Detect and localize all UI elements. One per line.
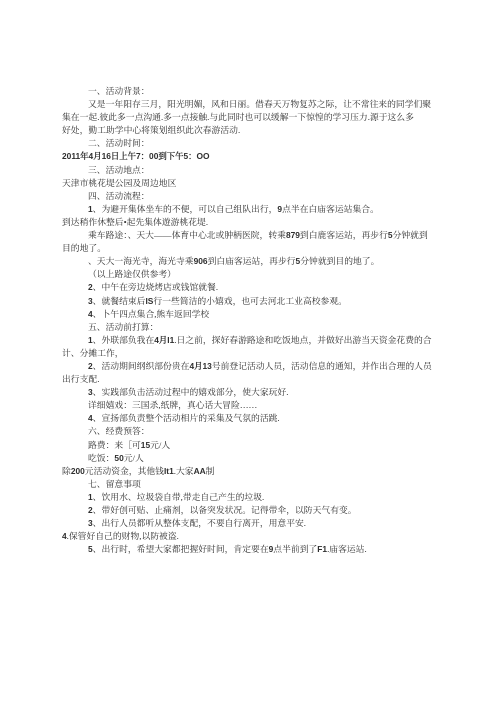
doc-line: 吃饭：50元/人 <box>62 452 442 465</box>
doc-text: 又是一年阳存三月，阳光明媚，风和日丽。借春天万物复苏之际，让不常往来的同学们聚 <box>88 99 431 109</box>
doc-text-bold: It1 <box>164 466 174 476</box>
doc-line: 2、活动期间纲织部份贵在4月13号前登记活动人员，活动信息的通知，并作出合理的人… <box>62 360 442 373</box>
document-page: 一、活动背景：又是一年阳存三月，阳光明媚，风和日丽。借春天万物复苏之际，让不常往… <box>0 0 500 707</box>
doc-text: 除 <box>62 466 71 476</box>
doc-text-bold: 15 <box>141 440 150 450</box>
doc-text: 分钟就到 <box>393 230 428 240</box>
doc-line: 、天大一海光寺，海光寺乘906到白庙客运站，再步行5分钟就到目的地了。 <box>62 255 442 268</box>
doc-text-bold: 200 <box>71 466 85 476</box>
doc-line: 计、分摊工作， <box>62 347 442 360</box>
doc-text: 目的地了。 <box>62 243 106 253</box>
doc-line: 出行支配. <box>62 373 442 386</box>
doc-text: 计、分摊工作， <box>62 348 124 358</box>
doc-text: 行一些简洁的小嬉戏，也可去河北工业高校参观。 <box>153 296 347 306</box>
doc-text: 号前登记活动人员，活动信息的通知，并作出合理的人员 <box>212 361 432 371</box>
doc-text-bold: AA <box>194 466 206 476</box>
doc-text: （以上路途仅供参考） <box>88 269 176 279</box>
doc-line: 4、卜午四点集合,熊车返回学校 <box>62 308 442 321</box>
doc-text: 、天大一海光寺，海光寺乘 <box>88 256 194 266</box>
doc-text: 元/人 <box>150 440 170 450</box>
doc-text: 出行支配. <box>62 374 99 384</box>
doc-line: 目的地了。 <box>62 242 442 255</box>
doc-line: 1、为避开集体坐车的不便，可以自己组队出行，9点半在白庙客运站集合。 <box>62 203 442 216</box>
doc-line: 四、活动流程： <box>62 190 442 203</box>
doc-line: （以上路途仅供参考） <box>62 268 442 281</box>
doc-text: .大家 <box>174 466 194 476</box>
doc-text: 二、活动时间： <box>88 138 150 148</box>
doc-text: 好处，勤工助学中心将策划组织此次春游活动. <box>62 125 240 135</box>
doc-text: 、活动期间纲织部份贵在 <box>93 361 190 371</box>
doc-text: 到达稍作休整后•起先集体遊游桃花堤. <box>62 217 208 227</box>
doc-text: 集在一起.彼此多一点沟通.多一点接触.与此同时也可以缓解一下惊惶的学习压力.源于… <box>62 112 414 122</box>
doc-text: 元/人 <box>124 453 144 463</box>
doc-line: 3、实践部负击活动过程中的嬉戏部分，使大家玩好. <box>62 386 442 399</box>
doc-text: 到白鹿客运站，再步行 <box>300 230 388 240</box>
doc-text: 三、活动地点： <box>88 165 150 175</box>
doc-line: 集在一起.彼此多一点沟通.多一点接触.与此同时也可以缓解一下惊惶的学习压力.源于… <box>62 111 442 124</box>
doc-line: 5、出行时，希望大家都把握好时间，肯定要在9点半前到了F1.庙客运站. <box>62 543 442 556</box>
doc-line: 1、饮用水、垃圾袋自带,带走自己产生的垃圾. <box>62 491 442 504</box>
doc-text: 、中午在旁边烧烤店或钱馆就餐. <box>93 282 218 292</box>
doc-text-bold: F1 <box>317 544 327 554</box>
doc-text: 一、活动背景： <box>88 86 150 96</box>
doc-text: 吃饭： <box>88 453 114 463</box>
doc-text-bold: 50 <box>114 453 123 463</box>
doc-line: 路费：来［可15元/人 <box>62 439 442 452</box>
doc-text: 五、活动前打算： <box>88 322 158 332</box>
doc-line: 乘车路途：、天大——体育中心北或肿柄医院，转乘879到白鹿客运站，再步行5分钟就… <box>62 229 442 242</box>
doc-text: 元活动资金，其他钱 <box>85 466 164 476</box>
doc-text: 点半前到了 <box>273 544 317 554</box>
doc-text: 点半在白庙客运站集合。 <box>282 204 379 214</box>
doc-text: .庙客运站. <box>327 544 367 554</box>
doc-text: 、外联部负我在 <box>93 335 155 345</box>
doc-text: 乘车路途：、天大——体育中心北或肿柄医院，转乘 <box>88 230 286 240</box>
doc-line: 2、带好创可贴、止痛剂，以备突发状况。记得带伞，以防天气有变。 <box>62 504 442 517</box>
doc-text: 、饮用水、垃圾袋自带,带走自己产生的垃圾. <box>93 492 265 502</box>
doc-text: 六、经费预答： <box>88 426 150 436</box>
doc-line: 又是一年阳存三月，阳光明媚，风和日丽。借春天万物复苏之际，让不常往来的同学们聚 <box>62 98 442 111</box>
doc-line: 二、活动时间： <box>62 137 442 150</box>
doc-line: 六、经费预答： <box>62 425 442 438</box>
doc-line: 3、出行人员都听从整体支配，不要自行离开，用意平安. <box>62 517 442 530</box>
doc-line: 2011年4月16日上午7：00到下午5：OO <box>62 150 442 163</box>
doc-text: 路费：来［可 <box>88 440 141 450</box>
doc-text: .保管好自己的财物,以防被盗. <box>67 531 179 541</box>
doc-line: 天津市桃花堤公园及周边地区 <box>62 177 442 190</box>
doc-text-bold: 879 <box>286 230 300 240</box>
doc-text: 、实践部负击活动过程中的嬉戏部分，使大家玩好. <box>93 387 289 397</box>
doc-text-bold: 906 <box>194 256 208 266</box>
doc-text: 到白庙客运站，再步行 <box>208 256 296 266</box>
doc-text: 、就餐结束后 <box>93 296 146 306</box>
doc-line: 2、中午在旁边烧烤店或钱馆就餐. <box>62 281 442 294</box>
doc-line: 1、外联部负我在4月I1.日之前，探好春游路途和吃饭地点，并做好出游当天资金花费… <box>62 334 442 347</box>
doc-line: 三、活动地点： <box>62 164 442 177</box>
doc-line: 除200元活动资金，其他钱It1.大家AA制 <box>62 465 442 478</box>
doc-text: 七、留意事项 <box>88 479 141 489</box>
doc-text: 、出行人员都听从整体支配，不要自行离开，用意平安. <box>93 518 306 528</box>
doc-line: 3、就餐结束后IS行一些简洁的小嬉戏，也可去河北工业高校参观。 <box>62 295 442 308</box>
doc-text: 、为避开集体坐车的不便，可以自己组队出行， <box>93 204 278 214</box>
doc-line: 4.保管好自己的财物,以防被盗. <box>62 530 442 543</box>
doc-line: 到达稍作休整后•起先集体遊游桃花堤. <box>62 216 442 229</box>
doc-line: 4、宣扬部负责整个活动相片的采集及气氛的活跳. <box>62 412 442 425</box>
doc-text: 、带好创可贴、止痛剂，以备突发状况。记得带伞，以防天气有变。 <box>93 505 357 515</box>
doc-text: 、出行时，希望大家都把握好时间，肯定要在 <box>93 544 269 554</box>
doc-line: 好处，勤工助学中心将策划组织此次春游活动. <box>62 124 442 137</box>
doc-text: 详细嬉戏：三国杀,纸牌，真心话大冒险…… <box>88 400 257 410</box>
doc-text: 、宣扬部负责整个活动相片的采集及气氛的活跳. <box>93 413 280 423</box>
doc-text-bold: 2011年4月16日上午7：00到下午5：OO <box>62 151 210 161</box>
document-body: 一、活动背景：又是一年阳存三月，阳光明媚，风和日丽。借春天万物复苏之际，让不常往… <box>0 0 500 556</box>
doc-text: .日之前，探好春游路途和吃饭地点，并做好出游当天资金花费的合 <box>174 335 431 345</box>
doc-line: 五、活动前打算： <box>62 321 442 334</box>
doc-line: 一、活动背景： <box>62 85 442 98</box>
doc-text-bold: 4月I1 <box>154 335 174 345</box>
doc-text-bold: 4月13 <box>189 361 211 371</box>
doc-text: 、卜午四点集合,熊车返回学校 <box>93 309 210 319</box>
doc-text: 四、活动流程： <box>88 191 150 201</box>
doc-line: 详细嬉戏：三国杀,纸牌，真心话大冒险…… <box>62 399 442 412</box>
doc-text: 天津市桃花堤公园及周边地区 <box>62 178 176 188</box>
doc-text: 制 <box>206 466 215 476</box>
doc-text: 分钟就到目的地了。 <box>300 256 379 266</box>
doc-line: 七、留意事项 <box>62 478 442 491</box>
